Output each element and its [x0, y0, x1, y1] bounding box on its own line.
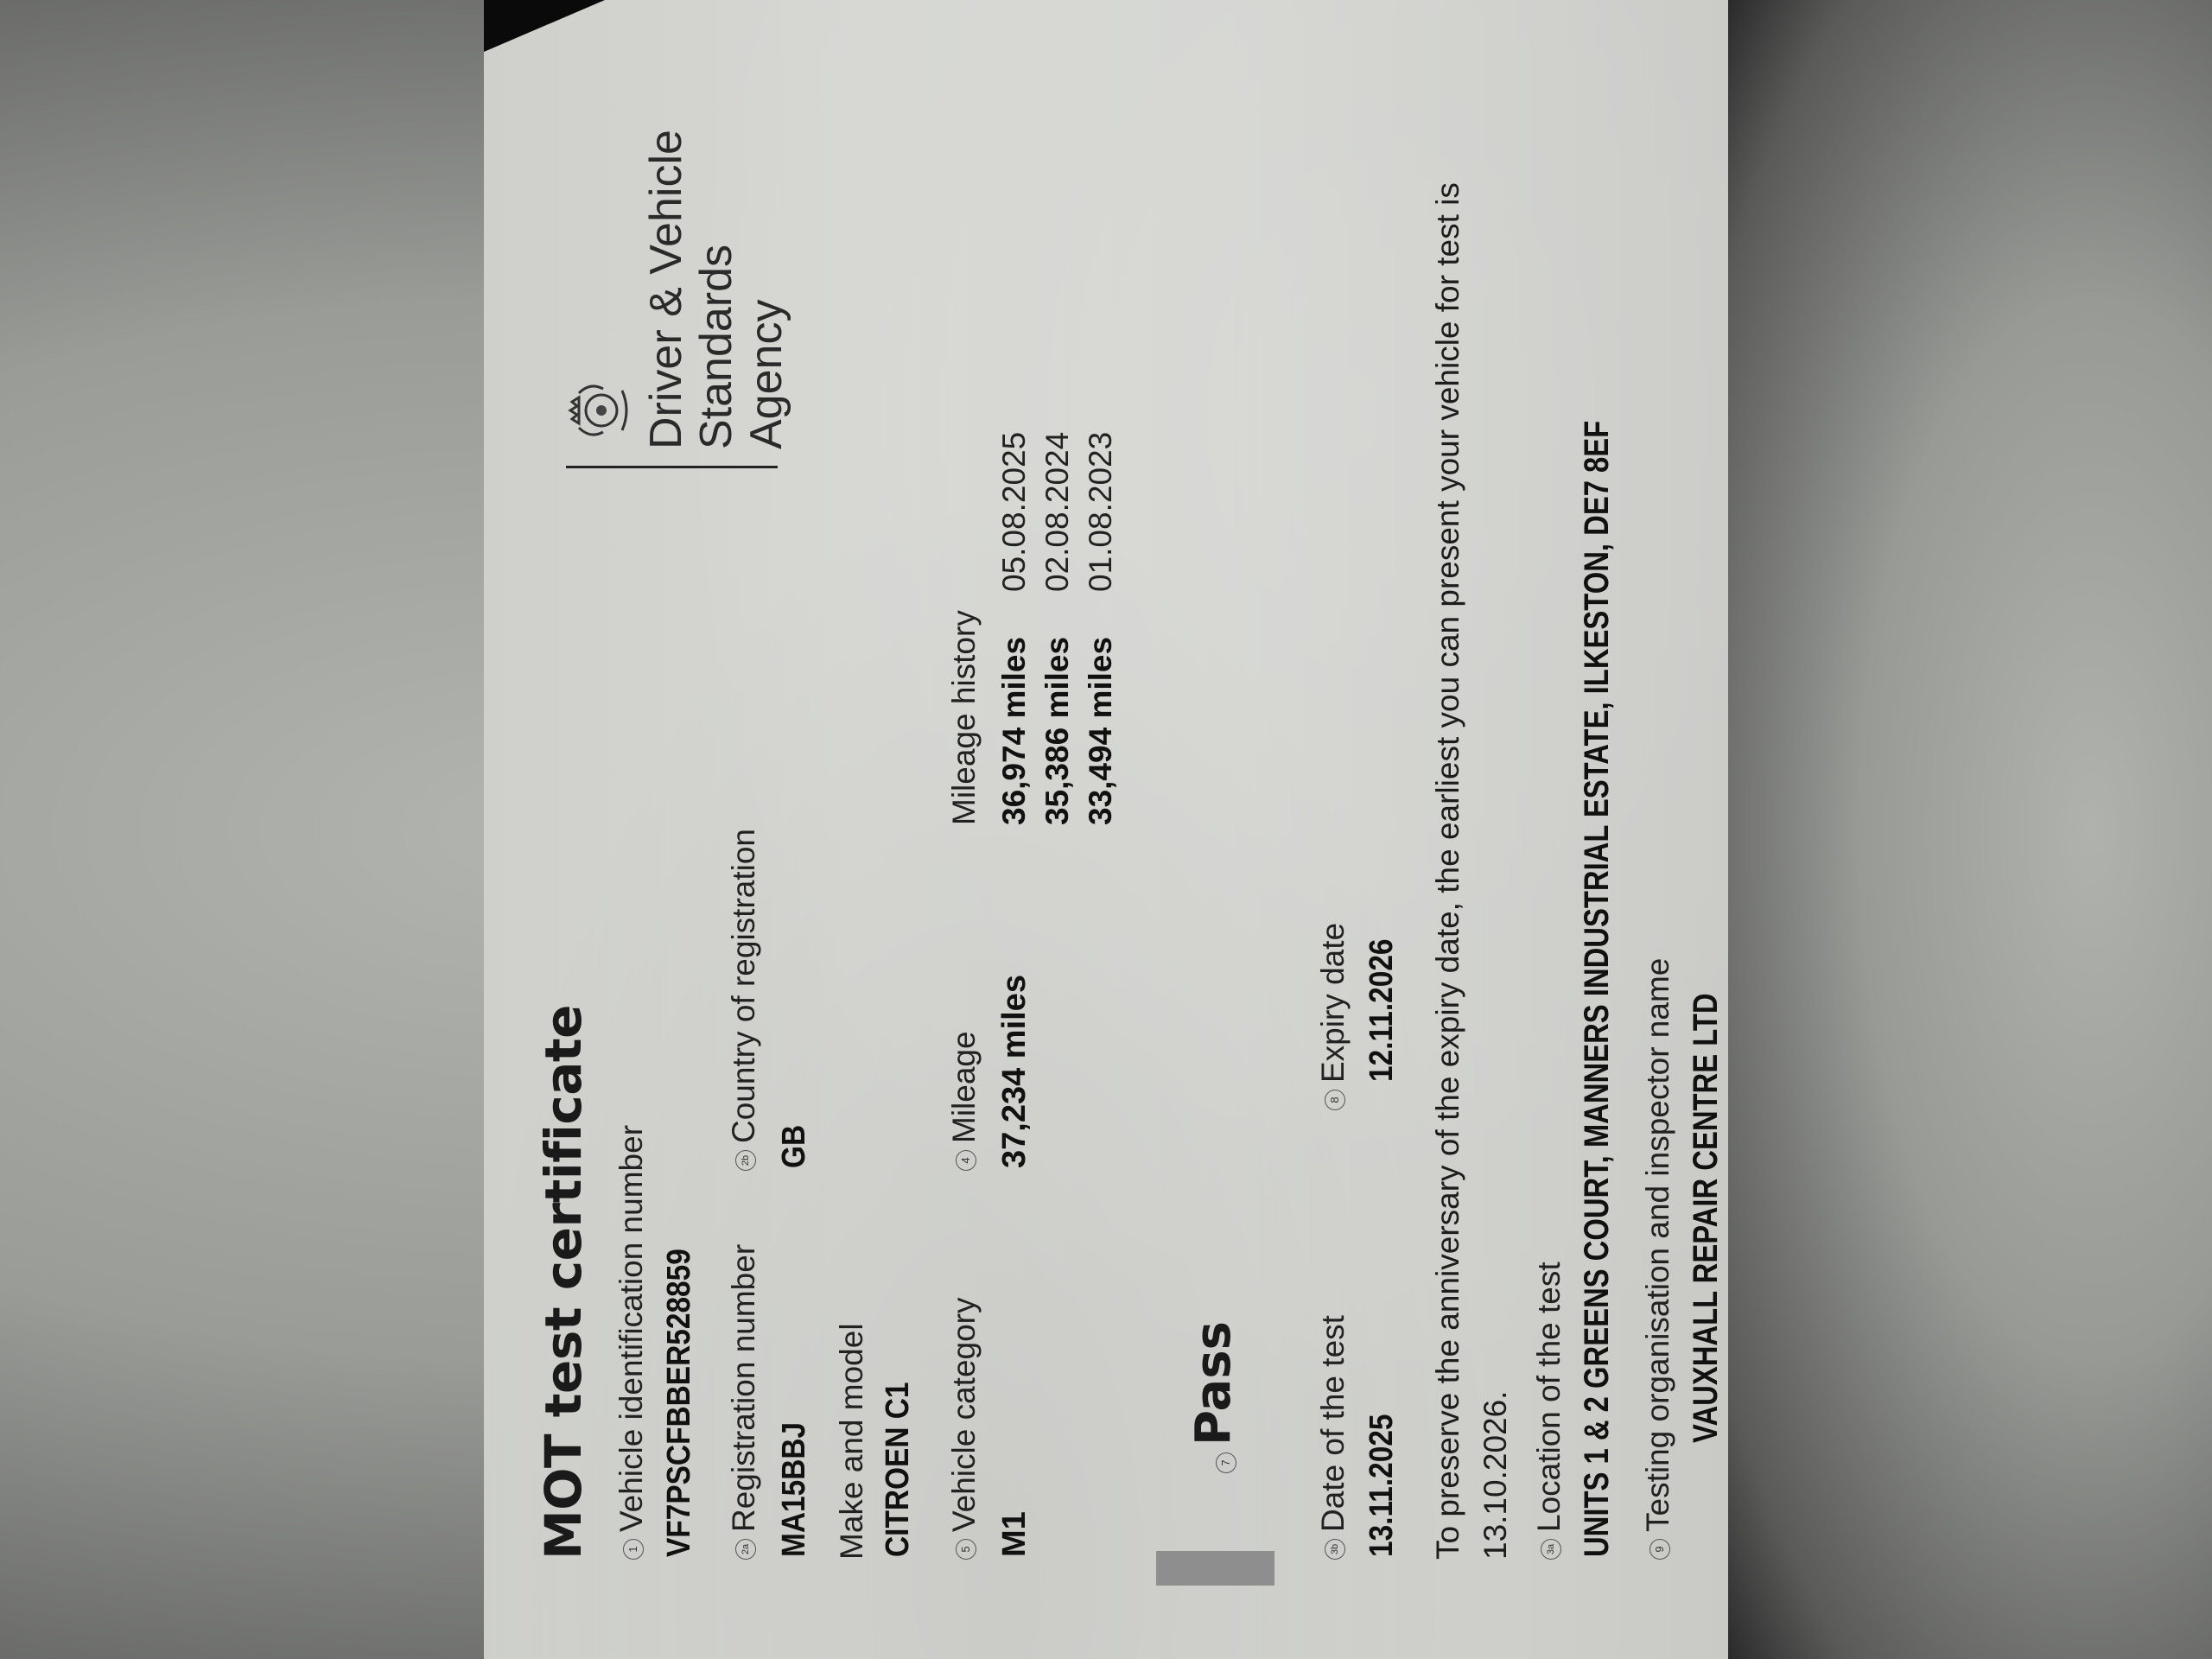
- field-number-badge: 4: [956, 1150, 976, 1171]
- vin-label: 1Vehicle identification number: [613, 1125, 650, 1560]
- mileage-history-date: 02.08.2024: [1039, 432, 1076, 592]
- location-value: UNITS 1 & 2 GREENS COURT, MANNERS INDUST…: [1578, 421, 1617, 1557]
- field-number-badge: 8: [1325, 1090, 1345, 1110]
- field-number-badge: 2b: [735, 1150, 756, 1171]
- mileage-history-date: 05.08.2025: [996, 432, 1033, 592]
- background-right: [1728, 0, 2212, 1659]
- result-value: Pass: [1185, 1321, 1242, 1446]
- anniversary-date: 13.10.2026.: [1478, 1391, 1514, 1560]
- category-label: 5Vehicle category: [946, 1297, 982, 1560]
- make-model-label: Make and model: [834, 1323, 870, 1560]
- mileage-value: 37,234 miles: [996, 975, 1033, 1168]
- country-value: GB: [776, 1125, 813, 1168]
- expiry-label: 8Expiry date: [1315, 923, 1351, 1110]
- issuer-line-1: Driver & Vehicle: [641, 130, 691, 449]
- mileage-history-date: 01.08.2023: [1083, 432, 1119, 592]
- mileage-history-label: Mileage history: [946, 610, 982, 825]
- make-model-value: CITROEN C1: [880, 1382, 917, 1557]
- field-number-badge: 3a: [1541, 1539, 1561, 1560]
- document-title: MOT test certificate: [534, 1005, 593, 1560]
- organisation-label: 9Testing organisation and inspector name: [1640, 958, 1676, 1560]
- organisation-value: VAUXHALL REPAIR CENTRE LTD: [1687, 993, 1726, 1443]
- mileage-label: 4Mileage: [946, 1031, 982, 1171]
- certificate-photo: MOT test certificate Driver & Vehicle St…: [484, 0, 1728, 1659]
- registration-label: 2aRegistration number: [726, 1244, 762, 1560]
- field-number-badge: 9: [1649, 1539, 1670, 1560]
- issuer-line-3: Agency: [741, 300, 791, 449]
- result-color-block: [1156, 1551, 1274, 1586]
- field-number-badge: 2a: [735, 1539, 756, 1560]
- vin-value: VF7PSCFBBER528859: [661, 1249, 698, 1557]
- anniversary-notice: To preserve the anniversary of the expir…: [1430, 182, 1466, 1560]
- logo-divider: [566, 466, 778, 468]
- location-label: 3aLocation of the test: [1531, 1262, 1567, 1560]
- field-number-badge: 3b: [1325, 1539, 1345, 1560]
- royal-crest-icon: [560, 372, 638, 449]
- mileage-history-miles: 35,386 miles: [1039, 637, 1076, 825]
- issuer-line-2: Standards: [691, 245, 741, 449]
- test-date-label: 3bDate of the test: [1315, 1315, 1351, 1560]
- country-label: 2bCountry of registration: [726, 829, 762, 1171]
- registration-value: MA15BBJ: [776, 1422, 813, 1557]
- mot-certificate: MOT test certificate Driver & Vehicle St…: [484, 0, 1728, 1659]
- field-number-badge: 5: [956, 1539, 976, 1560]
- mileage-history-miles: 33,494 miles: [1083, 637, 1119, 825]
- field-number-badge: 1: [623, 1539, 644, 1560]
- category-value: M1: [996, 1511, 1033, 1557]
- result: 7Pass: [1185, 1321, 1242, 1473]
- test-date-value: 13.11.2025: [1363, 1414, 1401, 1557]
- field-number-badge: 7: [1216, 1452, 1236, 1473]
- mileage-history-miles: 36,974 miles: [996, 637, 1033, 825]
- expiry-value: 12.11.2026: [1363, 938, 1401, 1082]
